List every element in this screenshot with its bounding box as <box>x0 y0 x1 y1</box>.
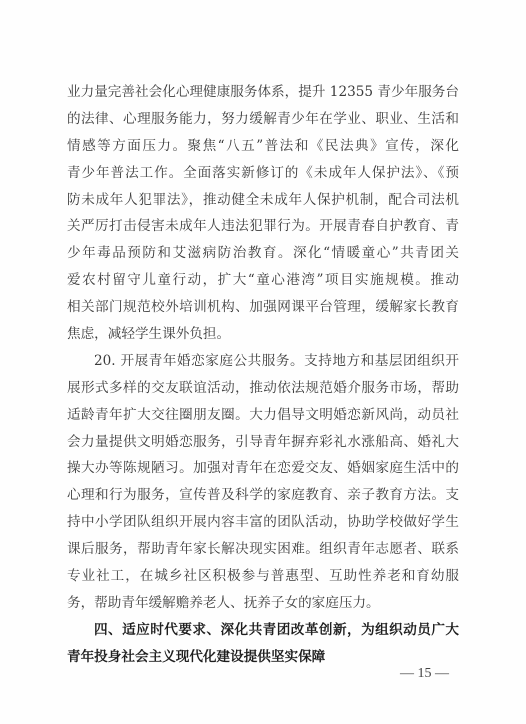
body-line: 防未成年人犯罪法》，推动健全未成年人保护机制，配合司法机 <box>67 187 459 214</box>
chapter-heading: 四、适应时代要求、深化共青团改革创新，为组织动员广大 <box>67 617 459 644</box>
body-line: 爱农村留守儿童行动，扩大“童心港湾”项目实施规模。推动 <box>67 267 459 294</box>
body-line: 会力量提供文明婚恋服务，引导青年摒弃彩礼水涨船高、婚礼大 <box>67 429 459 456</box>
body-line: 业力量完善社会化心理健康服务体系，提升 12355 青少年服务台 <box>67 79 459 106</box>
body-line: 相关部门规范校外培训机构、加强网课平台管理，缓解家长教育 <box>67 294 459 321</box>
body-line: 操大办等陈规陋习。加强对青年在恋爱交友、婚姻家庭生活中的 <box>67 455 459 482</box>
body-line: 务，帮助青年缓解赡养老人、抚养子女的家庭压力。 <box>67 590 459 617</box>
body-line: 课后服务，帮助青年家长解决现实困难。组织青年志愿者、联系 <box>67 536 459 563</box>
body-line: 的法律、心理服务能力，努力缓解青少年在学业、职业、生活和 <box>67 106 459 133</box>
body-line: 焦虑，减轻学生课外负担。 <box>67 321 459 348</box>
document-body: 业力量完善社会化心理健康服务体系，提升 12355 青少年服务台 的法律、心理服… <box>67 79 459 671</box>
body-line: 持中小学团队组织开展内容丰富的团队活动，协助学校做好学生 <box>67 509 459 536</box>
page-number: — 15 — <box>400 666 449 682</box>
body-line: 情感等方面压力。聚焦“八五”普法和《民法典》宣传，深化 <box>67 133 459 160</box>
body-line: 心理和行为服务，宣传普及科学的家庭教育、亲子教育方法。支 <box>67 482 459 509</box>
document-page: 业力量完善社会化心理健康服务体系，提升 12355 青少年服务台 的法律、心理服… <box>0 0 526 724</box>
body-line: 关严厉打击侵害未成年人违法犯罪行为。开展青春自护教育、青 <box>67 213 459 240</box>
body-line: 展形式多样的交友联谊活动，推动依法规范婚介服务市场，帮助 <box>67 375 459 402</box>
body-line: 专业社工，在城乡社区积极参与普惠型、互助性养老和育幼服 <box>67 563 459 590</box>
body-line: 适龄青年扩大交往圈朋友圈。大力倡导文明婚恋新风尚，动员社 <box>67 402 459 429</box>
body-line: 少年毒品预防和艾滋病防治教育。深化“情暖童心”共青团关 <box>67 240 459 267</box>
body-line: 青少年普法工作。全面落实新修订的《未成年人保护法》、《预 <box>67 160 459 187</box>
section-20-heading-line: 20. 开展青年婚恋家庭公共服务。支持地方和基层团组织开 <box>67 348 459 375</box>
